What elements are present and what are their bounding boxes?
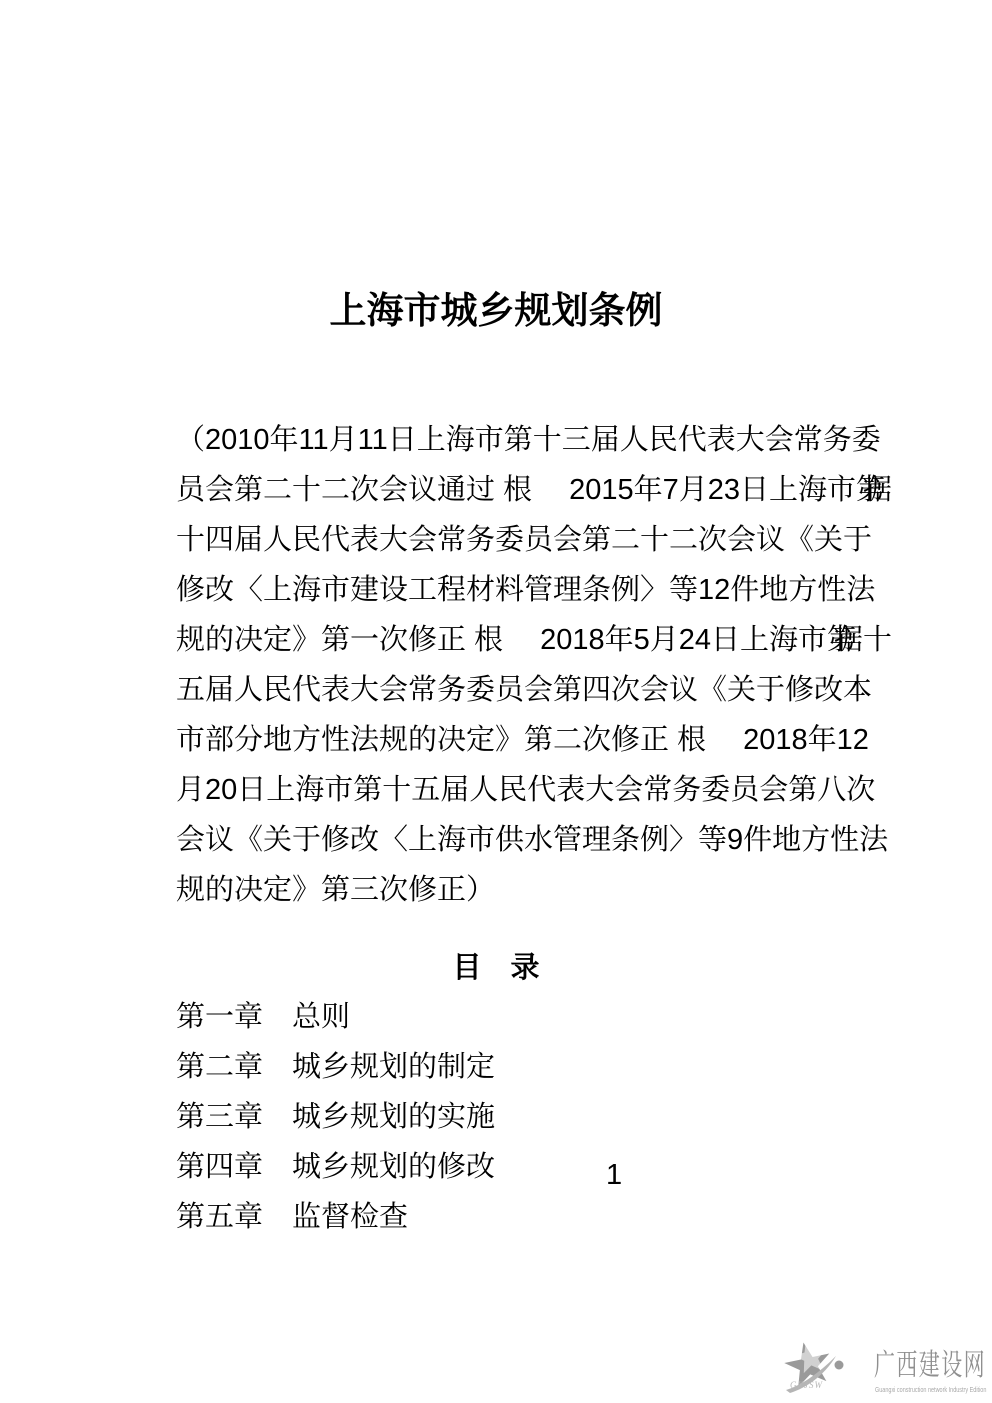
intro-line-3-text: 十四届人民代表大会常务委员会第二十二次会议《关于 <box>176 524 872 556</box>
intro-line-8-text: 月20日上海市第十五届人民代表大会常务委员会第八次 <box>176 774 875 806</box>
intro-line-4-text: 修改〈上海市建设工程材料管理条例〉等12件地方性法 <box>176 574 875 606</box>
toc-item-chapter-2: 第二章 城乡规划的制定 <box>176 1042 495 1092</box>
intro-line-5-text: 规的决定》第一次修正 根 2018年5月24日上海市第 <box>176 624 856 656</box>
intro-line-7-text: 市部分地方性法规的决定》第二次修正 根 2018年12 <box>176 724 869 756</box>
watermark-site-name: 广西建设网 <box>874 1350 986 1382</box>
toc-item-chapter-4: 第四章 城乡规划的修改 <box>176 1142 495 1192</box>
intro-paragraph: （2010年11月11日上海市第十三届人民代表大会常务委 员会第二十二次会议通过… <box>176 415 876 915</box>
watermark-script-text: GXJSW <box>790 1380 823 1390</box>
intro-line-5-tail: 十 <box>863 624 892 656</box>
document-title: 上海市城乡规划条例 <box>0 288 992 334</box>
intro-line-1-text: （2010年11月11日上海市第十三届人民代表大会常务委 <box>176 424 881 456</box>
intro-line-2: 员会第二十二次会议通过 根 2015年7月23日上海市第据 <box>176 465 876 515</box>
intro-line-6: 五届人民代表大会常务委员会第四次会议《关于修改本 <box>176 665 876 715</box>
intro-line-6-text: 五届人民代表大会常务委员会第四次会议《关于修改本 <box>176 674 872 706</box>
intro-line-4: 修改〈上海市建设工程材料管理条例〉等12件地方性法 <box>176 565 876 615</box>
toc-heading: 目 录 <box>0 943 992 993</box>
intro-line-7: 市部分地方性法规的决定》第二次修正 根 2018年12 <box>176 715 876 765</box>
watermark: GXJSW 广西建设网 Guangxi construction network… <box>778 1336 990 1400</box>
toc-item-chapter-5: 第五章 监督检查 <box>176 1192 495 1242</box>
intro-line-10: 规的决定》第三次修正） <box>176 865 876 915</box>
intro-line-9-text: 会议《关于修改〈上海市供水管理条例〉等9件地方性法 <box>176 824 888 856</box>
intro-line-5: 规的决定》第一次修正 根 2018年5月24日上海市第据十 <box>176 615 876 665</box>
watermark-subtitle: Guangxi construction network Industry Ed… <box>875 1385 986 1394</box>
intro-line-8: 月20日上海市第十五届人民代表大会常务委员会第八次 <box>176 765 876 815</box>
toc-item-chapter-3: 第三章 城乡规划的实施 <box>176 1092 495 1142</box>
toc-list: 第一章 总则 第二章 城乡规划的制定 第三章 城乡规划的实施 第四章 城乡规划的… <box>176 992 495 1242</box>
overlap-glyph-1: 据 <box>863 474 892 506</box>
star-icon <box>778 1336 868 1400</box>
intro-line-10-text: 规的决定》第三次修正） <box>176 874 495 906</box>
intro-line-9: 会议《关于修改〈上海市供水管理条例〉等9件地方性法 <box>176 815 876 865</box>
page-number: 1 <box>606 1158 622 1192</box>
intro-line-3: 十四届人民代表大会常务委员会第二十二次会议《关于 <box>176 515 876 565</box>
toc-item-chapter-1: 第一章 总则 <box>176 992 495 1042</box>
intro-line-1: （2010年11月11日上海市第十三届人民代表大会常务委 <box>176 415 876 465</box>
overlap-glyph-2: 据 <box>834 624 863 656</box>
intro-line-2-text: 员会第二十二次会议通过 根 2015年7月23日上海市第 <box>176 474 885 506</box>
document-page: 上海市城乡规划条例 （2010年11月11日上海市第十三届人民代表大会常务委 员… <box>0 0 992 1403</box>
